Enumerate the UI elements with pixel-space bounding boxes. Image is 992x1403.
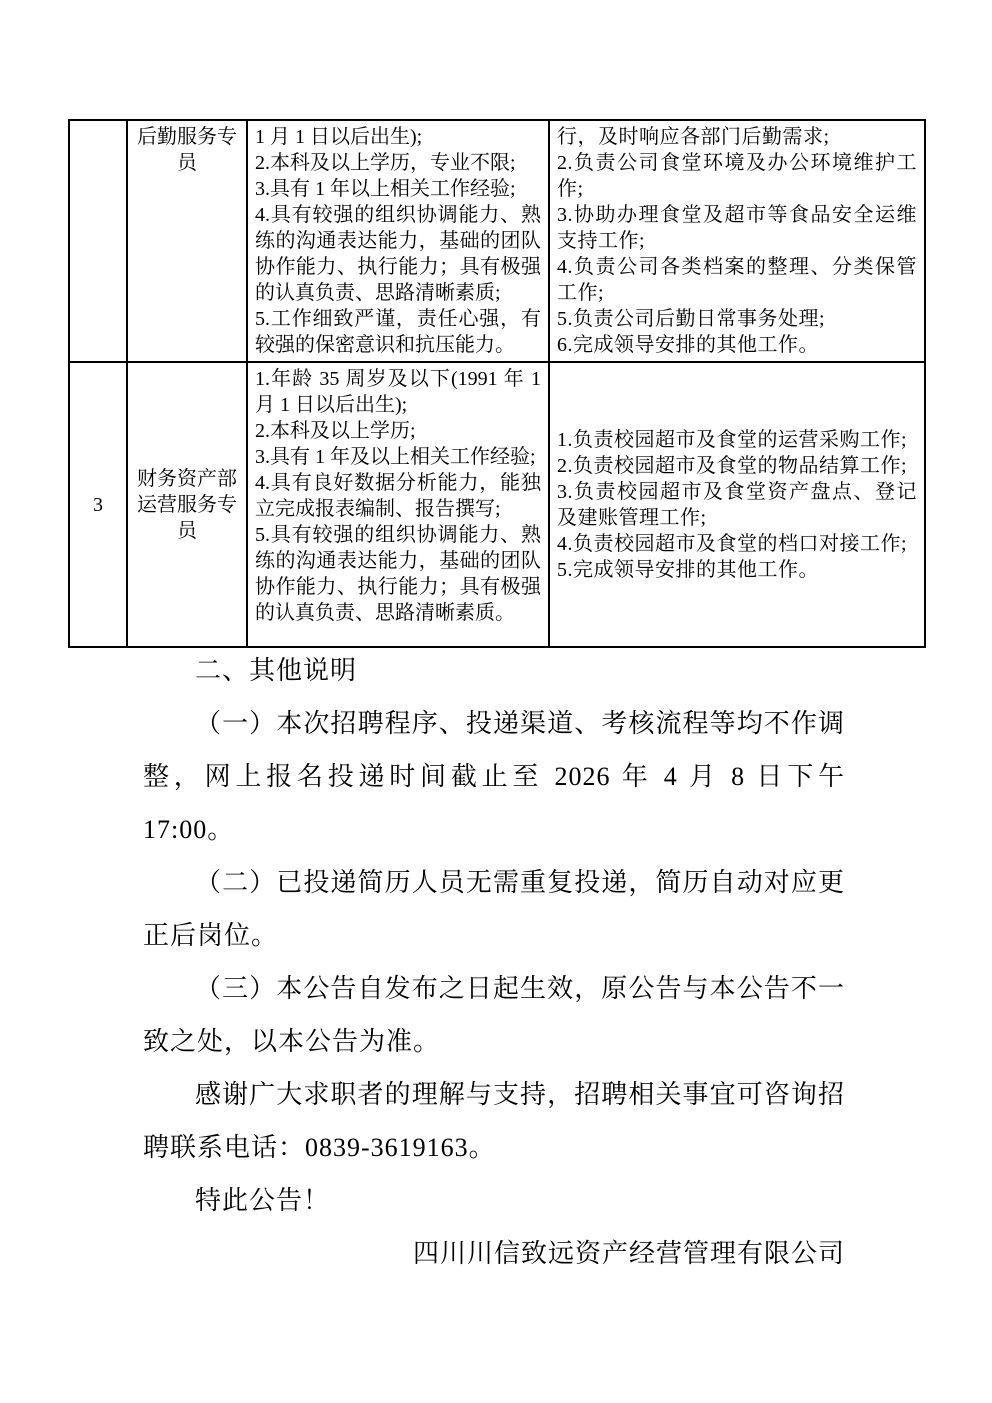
list-item: 2.本科及以上学历，专业不限; [255,150,541,176]
list-item: 4.负责公司各类档案的整理、分类保管工作; [557,254,917,306]
signature-company-name: 四川川信致远资产经营管理有限公司 [143,1227,845,1280]
cell-position-title: 财务资产部运营服务专员 [127,362,247,647]
list-item: 行，及时响应各部门后勤需求; [557,124,917,150]
list-item: 2.本科及以上学历; [255,418,541,444]
list-item: 5.具有较强的组织协调能力、熟练的沟通表达能力，基础的团队协作能力、执行能力；具… [255,522,541,626]
list-item: 4.负责校园超市及食堂的档口对接工作; [557,531,917,557]
cell-row-number: 3 [69,362,127,647]
list-item: 1 月 1 日以后出生); [255,124,541,150]
cell-requirements: 1.年龄 35 周岁及以下(1991 年 1 月 1 日以后出生);2.本科及以… [247,362,549,647]
list-item: 2.负责公司食堂环境及办公环境维护工作; [557,150,917,202]
list-item: 5.完成领导安排的其他工作。 [557,557,917,583]
cell-requirements: 1 月 1 日以后出生);2.本科及以上学历，专业不限;3.具有 1 年以上相关… [247,120,549,362]
job-table: 后勤服务专员 1 月 1 日以后出生);2.本科及以上学历，专业不限;3.具有 … [68,119,926,648]
list-item: 4.具有较强的组织协调能力、熟练的沟通表达能力，基础的团队协作能力、执行能力；具… [255,202,541,306]
list-item: 1.负责校园超市及食堂的运营采购工作; [557,427,917,453]
list-item: （三）本公告自发布之日起生效，原公告与本公告不一致之处，以本公告为准。 [143,962,845,1068]
list-item: 3.协助办理食堂及超市等食品安全运维支持工作; [557,202,917,254]
list-item: （二）已投递简历人员无需重复投递，简历自动对应更正后岗位。 [143,856,845,962]
list-item: 1.年龄 35 周岁及以下(1991 年 1 月 1 日以后出生); [255,366,541,418]
cell-position-title: 后勤服务专员 [127,120,247,362]
list-item: 3.具有 1 年以上相关工作经验; [255,176,541,202]
paragraph-list: （一）本次招聘程序、投递渠道、考核流程等均不作调整，网上报名投递时间截止至 20… [143,697,845,1227]
list-item: 特此公告！ [143,1174,845,1227]
table-row: 后勤服务专员 1 月 1 日以后出生);2.本科及以上学历，专业不限;3.具有 … [69,120,925,362]
list-item: 2.负责校园超市及食堂的物品结算工作; [557,453,917,479]
cell-duties: 1.负责校园超市及食堂的运营采购工作;2.负责校园超市及食堂的物品结算工作;3.… [549,362,925,647]
cell-row-number [69,120,127,362]
body-text: 二、其他说明 （一）本次招聘程序、投递渠道、考核流程等均不作调整，网上报名投递时… [143,644,845,1280]
section-heading: 二、其他说明 [143,644,845,697]
list-item: （一）本次招聘程序、投递渠道、考核流程等均不作调整，网上报名投递时间截止至 20… [143,697,845,856]
list-item: 5.工作细致严谨，责任心强，有较强的保密意识和抗压能力。 [255,306,541,358]
list-item: 3.具有 1 年及以上相关工作经验; [255,444,541,470]
list-item: 4.具有良好数据分析能力，能独立完成报表编制、报告撰写; [255,470,541,522]
list-item: 5.负责公司后勤日常事务处理; [557,306,917,332]
list-item: 3.负责校园超市及食堂资产盘点、登记及建账管理工作; [557,479,917,531]
table-row: 3 财务资产部运营服务专员 1.年龄 35 周岁及以下(1991 年 1 月 1… [69,362,925,647]
document-page: 后勤服务专员 1 月 1 日以后出生);2.本科及以上学历，专业不限;3.具有 … [0,0,992,1403]
cell-duties: 行，及时响应各部门后勤需求;2.负责公司食堂环境及办公环境维护工作;3.协助办理… [549,120,925,362]
job-table-container: 后勤服务专员 1 月 1 日以后出生);2.本科及以上学历，专业不限;3.具有 … [68,119,926,648]
list-item: 6.完成领导安排的其他工作。 [557,332,917,358]
list-item: 感谢广大求职者的理解与支持，招聘相关事宜可咨询招聘联系电话：0839-36191… [143,1068,845,1174]
